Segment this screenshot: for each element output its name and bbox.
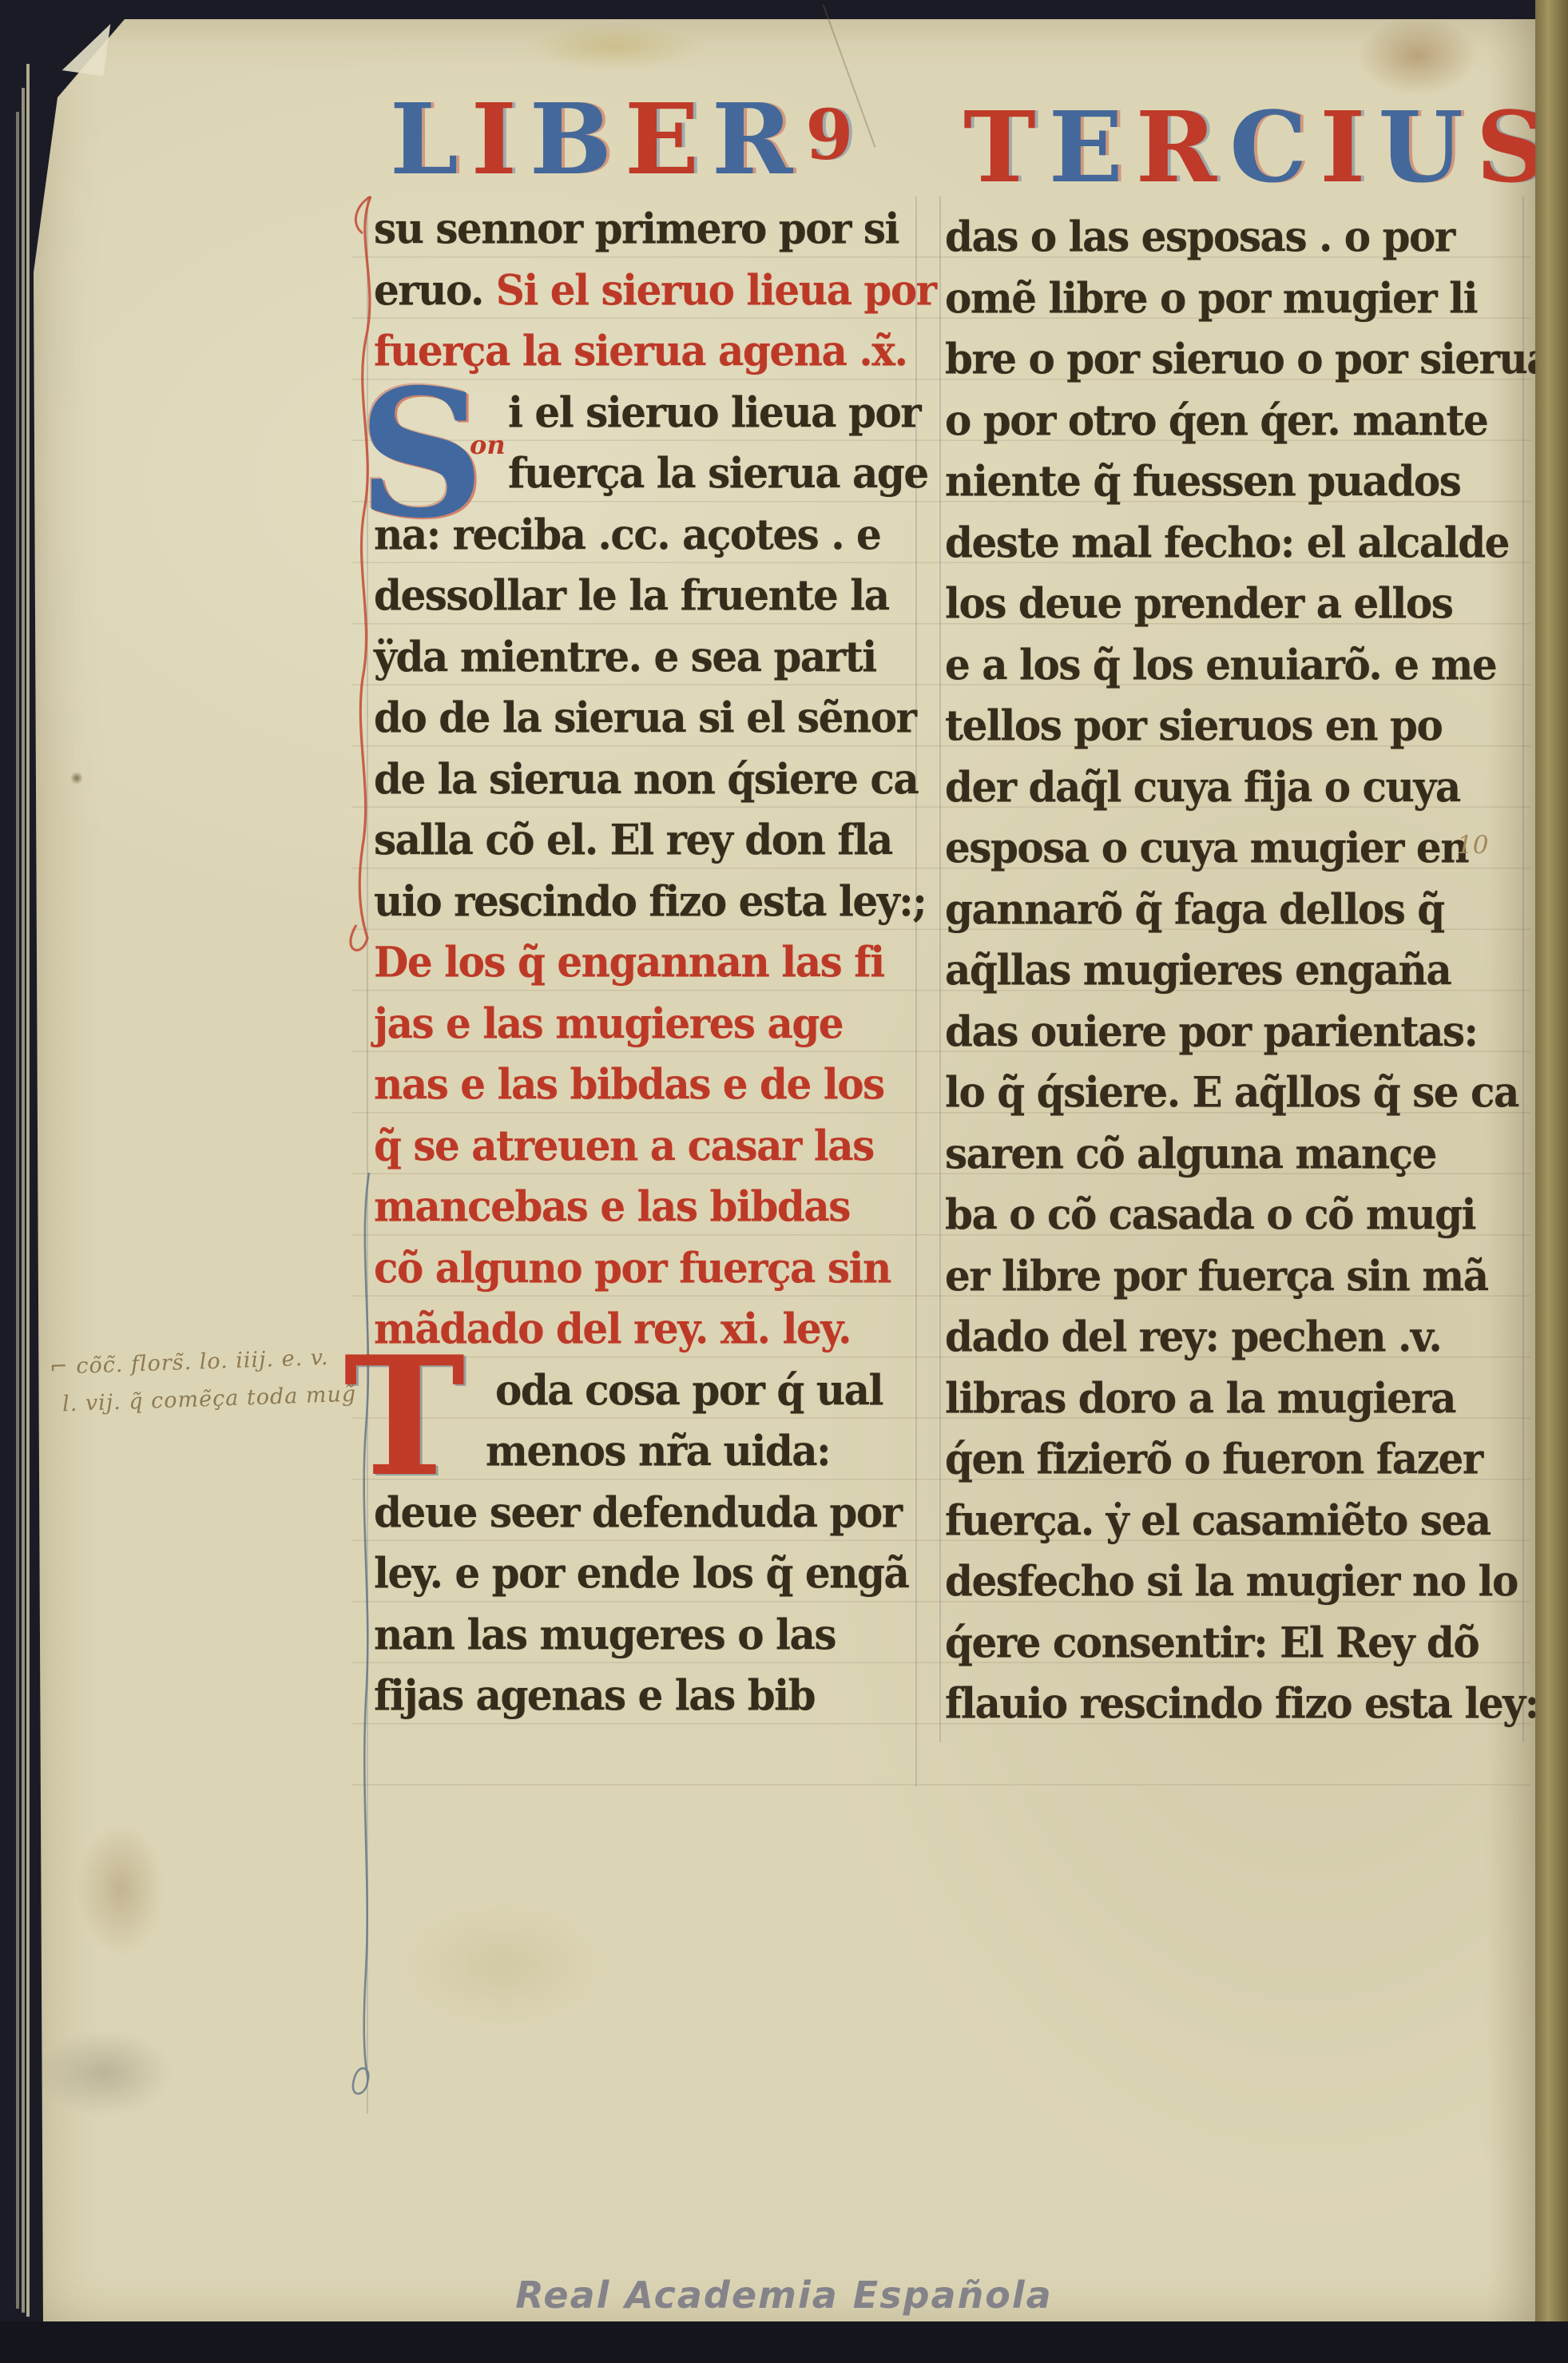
manuscript-line: saren cõ alguna mançe (945, 1125, 1436, 1183)
text-segment: q́en fizierõ o fueron fazer (945, 1435, 1483, 1483)
folio-edge (16, 112, 19, 2309)
manuscript-line: jas e las mugieres age (374, 995, 843, 1053)
header-letter: R (1136, 89, 1229, 205)
text-segment: oda cosa por q́ ual (495, 1365, 883, 1414)
header-letter: R (712, 81, 805, 197)
manuscript-line: fijas agenas e las bib (374, 1667, 815, 1726)
text-segment: su sennor primero por si (374, 205, 899, 253)
text-segment: er libre por fuerça sin mã (945, 1251, 1488, 1300)
scan-background (0, 2321, 1568, 2363)
text-segment: ba o cõ casada o cõ mugi (945, 1190, 1475, 1239)
manuscript-line: deste mal fecho: el alcalde (945, 514, 1509, 572)
text-segment: saren cõ alguna mançe (945, 1129, 1436, 1178)
manuscript-line: cõ alguno por fuerça sin (374, 1239, 891, 1297)
text-segment: omẽ libre o por mugier li (945, 273, 1477, 322)
header-letter: I (1320, 89, 1378, 205)
header-letter: E (625, 81, 712, 197)
text-segment: deste mal fecho: el alcalde (945, 518, 1509, 566)
text-segment: Si el sieruo lieua por (496, 265, 936, 314)
text-segment: los deue prender a ellos (945, 579, 1452, 628)
text-segment: bre o por sieruo o por sierua. (945, 335, 1564, 383)
manuscript-line: de la sierua non q́siere ca (374, 750, 918, 808)
text-segment: do de la sierua si el sẽnor (374, 693, 915, 742)
text-segment: nas e las bibdas e de los (374, 1060, 884, 1109)
manuscript-line: fuerça. ẏ el casamiẽto sea (945, 1491, 1491, 1550)
text-column-right: das o las esposas . o poromẽ libre o por… (945, 209, 1536, 1767)
manuscript-line: i el sieruo lieua por (508, 383, 920, 442)
text-segment: i el sieruo lieua por (508, 387, 920, 436)
manuscript-line: oda cosa por q́ ual (495, 1361, 883, 1420)
manuscript-line: los deue prender a ellos (945, 575, 1452, 633)
header-tercius: TERCIUS (963, 89, 1559, 205)
text-segment: dessollar le la fruente la (374, 571, 889, 620)
manuscript-line: eruo. Si el sieruo lieua por (374, 261, 936, 320)
manuscript-line: aq̃llas mugieres engaña (945, 942, 1451, 1000)
manuscript-line: fuerça la sierua age (508, 445, 928, 503)
manuscript-line: De los q̃ engannan las fi (374, 934, 884, 992)
book-gutter (1535, 0, 1568, 2325)
manuscript-line: niente q̃ fuessen puados (945, 453, 1460, 511)
manuscript-scan: LIBER9 TERCIUS S T on su sennor primero … (0, 0, 1568, 2363)
manuscript-line: dado del rey: pechen .v. (945, 1309, 1441, 1367)
folio-edge (26, 64, 30, 2317)
text-segment: eruo. (374, 265, 496, 314)
folio-edge (22, 88, 25, 2313)
header-letter: T (963, 89, 1049, 205)
text-segment: deue seer defenduda por (374, 1487, 902, 1536)
manuscript-line: gannarõ q̃ faga dellos q̃ (945, 880, 1444, 939)
text-segment: q́ere consentir: El Rey dõ (945, 1618, 1479, 1666)
text-segment: der daq̃l cuya fija o cuya (945, 762, 1460, 811)
manuscript-line: q́ere consentir: El Rey dõ (945, 1614, 1479, 1672)
text-segment: e a los q̃ los enuiarõ. e me (945, 640, 1496, 689)
manuscript-line: e a los q̃ los enuiarõ. e me (945, 636, 1496, 694)
manuscript-line: ÿda mientre. e sea parti (374, 628, 876, 686)
text-segment: salla cõ el. El rey don fla (374, 816, 892, 864)
text-column-left: su sennor primero por sieruo. Si el sier… (374, 201, 925, 1759)
text-segment: uio rescindo fizo esta ley:; (374, 876, 926, 925)
header-letter: L (390, 81, 471, 197)
text-segment: q̃ se atreuen a casar las (374, 1121, 874, 1170)
text-segment: das ouiere por parientas: (945, 1007, 1478, 1055)
manuscript-line: deue seer defenduda por (374, 1483, 902, 1542)
manuscript-line: tellos por sieruos en po (945, 697, 1442, 756)
header-letter: E (1049, 89, 1136, 205)
text-segment: tellos por sieruos en po (945, 701, 1442, 750)
header-letter: 9 (805, 95, 866, 176)
text-segment: menos nr̃a uida: (486, 1427, 830, 1475)
manuscript-line: ley. e por ende los q̃ engã (374, 1545, 908, 1603)
text-segment: De los q̃ engannan las fi (374, 938, 884, 987)
manuscript-line: o por otro q́en q́er. mante (945, 391, 1487, 450)
text-segment: libras doro a la mugiera (945, 1373, 1455, 1422)
manuscript-line: menos nr̃a uida: (486, 1423, 830, 1481)
manuscript-line: q́en fizierõ o fueron fazer (945, 1431, 1483, 1489)
manuscript-line: libras doro a la mugiera (945, 1369, 1455, 1428)
text-segment: gannarõ q̃ faga dellos q̃ (945, 884, 1444, 933)
manuscript-line: su sennor primero por si (374, 201, 899, 259)
text-segment: flauio rescindo fizo esta ley:; (945, 1679, 1552, 1728)
text-segment: cõ alguno por fuerça sin (374, 1243, 891, 1292)
manuscript-line: omẽ libre o por mugier li (945, 269, 1477, 328)
text-segment: o por otro q́en q́er. mante (945, 395, 1487, 444)
text-segment: nan las mugeres o las (374, 1610, 836, 1658)
text-segment: jas e las mugieres age (374, 999, 843, 1047)
manuscript-line: salla cõ el. El rey don fla (374, 812, 892, 870)
corner-fold (62, 18, 111, 77)
manuscript-line: uio rescindo fizo esta ley:; (374, 872, 926, 931)
manuscript-line: nas e las bibdas e de los (374, 1056, 884, 1114)
manuscript-line: esposa o cuya mugier en (945, 820, 1468, 878)
manuscript-line: na: reciba .cc. açotes . e (374, 506, 880, 564)
manuscript-line: desfecho si la mugier no lo (945, 1553, 1518, 1611)
column-rule (939, 197, 941, 1742)
text-segment: fuerça la sierua agena .x̃. (374, 327, 907, 375)
manuscript-line: lo q̃ q́siere. E aq̃llos q̃ se ca (945, 1064, 1518, 1122)
manuscript-line: nan las mugeres o las (374, 1606, 836, 1664)
text-segment: ley. e por ende los q̃ engã (374, 1549, 908, 1598)
header-liber: LIBER9 (390, 81, 866, 197)
foliation-number: 10 (1457, 831, 1488, 860)
text-segment: desfecho si la mugier no lo (945, 1557, 1518, 1606)
text-segment: de la sierua non q́siere ca (374, 754, 918, 803)
header-letter: B (530, 81, 625, 197)
manuscript-line: do de la sierua si el sẽnor (374, 689, 915, 748)
header-letter: U (1378, 89, 1475, 205)
text-segment: das o las esposas . o por (945, 212, 1455, 261)
manuscript-line: ba o cõ casada o cõ mugi (945, 1186, 1475, 1245)
manuscript-line: er libre por fuerça sin mã (945, 1247, 1488, 1305)
text-segment: dado del rey: pechen .v. (945, 1313, 1441, 1361)
text-segment: fuerça. ẏ el casamiẽto sea (945, 1495, 1491, 1544)
manuscript-line: flauio rescindo fizo esta ley:; (945, 1675, 1552, 1734)
library-watermark: Real Academia Española (0, 2274, 1568, 2317)
text-segment: aq̃llas mugieres engaña (945, 946, 1451, 995)
manuscript-line: der daq̃l cuya fija o cuya (945, 758, 1460, 816)
manuscript-line: bre o por sieruo o por sierua. (945, 331, 1564, 389)
manuscript-line: das o las esposas . o por (945, 208, 1455, 267)
manuscript-line: mancebas e las bibdas (374, 1178, 850, 1237)
header-letter: C (1229, 89, 1320, 205)
text-segment: na: reciba .cc. açotes . e (374, 510, 880, 558)
text-segment: ÿda mientre. e sea parti (374, 632, 876, 681)
text-segment: niente q̃ fuessen puados (945, 457, 1460, 506)
text-segment: fijas agenas e las bib (374, 1671, 815, 1720)
manuscript-line: q̃ se atreuen a casar las (374, 1117, 874, 1175)
text-segment: fuerça la sierua age (508, 449, 928, 498)
text-segment: esposa o cuya mugier en (945, 824, 1468, 872)
text-segment: mancebas e las bibdas (374, 1182, 850, 1231)
manuscript-line: dessollar le la fruente la (374, 567, 889, 625)
text-segment: lo q̃ q́siere. E aq̃llos q̃ se ca (945, 1068, 1518, 1117)
header-letter: I (471, 81, 530, 197)
manuscript-line: das ouiere por parientas: (945, 1003, 1478, 1061)
text-segment: mãdado del rey. xi. ley. (374, 1305, 851, 1353)
manuscript-line: mãdado del rey. xi. ley. (374, 1301, 851, 1359)
manuscript-line: fuerça la sierua agena .x̃. (374, 323, 907, 381)
